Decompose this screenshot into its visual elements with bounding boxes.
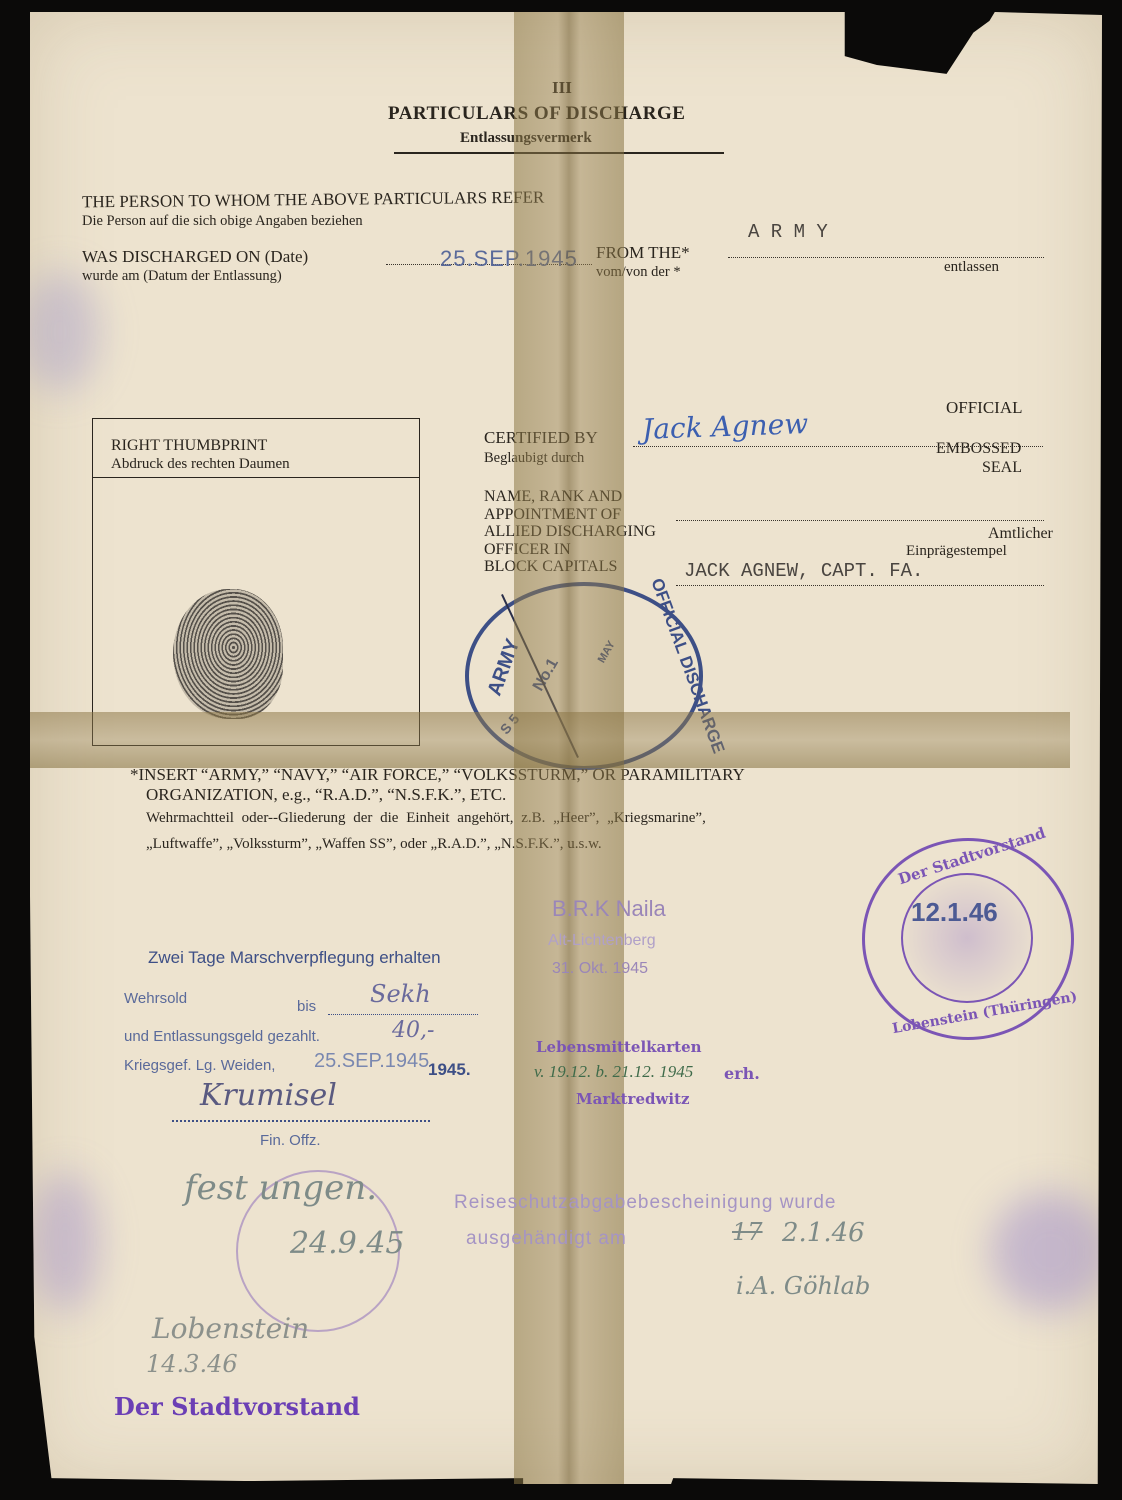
thumbprint-header: RIGHT THUMBPRINT Abdruck des rechten Dau…	[93, 419, 419, 478]
pay-stamp-bis: bis	[297, 998, 316, 1015]
bottom-stamp-stadtvorstand: Der Stadtvorstand	[114, 1392, 360, 1421]
seal-label-seal: SEAL	[982, 459, 1022, 477]
handwritten-place-date: 14.3.46	[146, 1350, 238, 1378]
seal-label-official: OFFICIAL	[946, 398, 1023, 418]
officer-line-2	[676, 585, 1044, 586]
seal-label-amtlicher: Amtlicher	[988, 525, 1053, 543]
town-seal-stamp: Der Stadtvorstand Lobenstein (Thüringen)…	[862, 838, 1074, 1040]
fin-officer-signature: Krumisel	[200, 1078, 337, 1113]
seal-label-einpraegestempel: Einprägestempel	[906, 543, 1007, 560]
ink-stain	[990, 1192, 1110, 1312]
travel-stamp-date-crossed: 17	[732, 1218, 763, 1246]
handwritten-note-1-date: 24.9.45	[290, 1226, 405, 1261]
travel-stamp-date: 2.1.46	[782, 1218, 865, 1248]
pay-stamp-amount: 40,-	[392, 1018, 434, 1043]
ration-stamp-erh: erh.	[724, 1064, 760, 1083]
seal-label-embossed: EMBOSSED	[936, 440, 1021, 458]
from-value: A R M Y	[748, 221, 828, 243]
travel-stamp-line-2: ausgehändigt am	[466, 1228, 627, 1250]
date-label-en: WAS DISCHARGED ON (Date)	[82, 247, 308, 267]
pay-stamp-wehrsold: Wehrsold	[124, 990, 187, 1007]
footnote-line-1: *INSERT “ARMY,” “NAVY,” “AIR FORCE,” “VO…	[130, 765, 745, 785]
town-seal-date: 12.1.46	[911, 897, 998, 928]
pay-stamp-bis-line	[328, 1014, 478, 1015]
handwritten-note-1: fest ungen.	[184, 1168, 377, 1208]
thumbprint-box: RIGHT THUMBPRINT Abdruck des rechten Dau…	[92, 418, 420, 746]
brk-stamp-line-2: Alt-Lichtenberg	[548, 932, 656, 950]
certified-signature: Jack Agnew	[641, 407, 808, 446]
tape-horizontal	[30, 712, 1070, 768]
pay-stamp-line-4: Kriegsgef. Lg. Weiden,	[124, 1057, 275, 1074]
pay-stamp-bis-value: Sekh	[370, 980, 431, 1008]
thumbprint-label-en: RIGHT THUMBPRINT	[111, 437, 267, 455]
person-label-de: Die Person auf die sich obige Angaben be…	[82, 213, 363, 230]
travel-stamp-line-1: Reiseschutzabgabebescheinigung wurde	[454, 1192, 836, 1214]
fin-officer-line	[172, 1120, 430, 1122]
ink-stain	[20, 272, 100, 392]
officer-line-1	[676, 520, 1044, 521]
pay-stamp-line-1: Zwei Tage Marschverpflegung erhalten	[148, 948, 441, 968]
entlassen-label: entlassen	[944, 259, 999, 276]
date-label-de: wurde am (Datum der Entlassung)	[82, 268, 282, 285]
pay-stamp-line-3: und Entlassungsgeld gezahlt.	[124, 1028, 320, 1045]
town-seal-inner	[901, 873, 1033, 1003]
thumbprint-label-de: Abdruck des rechten Daumen	[111, 456, 290, 473]
ration-stamp-line-1: Lebensmittelkarten	[536, 1038, 702, 1056]
fin-officer-label: Fin. Offz.	[260, 1132, 321, 1149]
ration-stamp-place: Marktredwitz	[576, 1090, 690, 1108]
pay-stamp-date: 25.SEP.1945	[314, 1050, 429, 1073]
from-field-line	[728, 257, 1044, 258]
handwritten-place: Lobenstein	[152, 1312, 309, 1345]
travel-stamp-signature: i.A. Göhlab	[736, 1272, 870, 1300]
officer-value: JACK AGNEW, CAPT. FA.	[684, 560, 923, 582]
footnote-line-2: ORGANIZATION, e.g., “R.A.D.”, “N.S.F.K.”…	[146, 785, 506, 805]
pay-stamp-year: 1945.	[428, 1060, 471, 1080]
thumbprint-image	[173, 589, 283, 719]
brk-stamp-line-1: B.R.K Naila	[552, 896, 666, 922]
ink-stain	[30, 1172, 100, 1312]
brk-stamp-line-3: 31. Okt. 1945	[552, 960, 648, 978]
ration-stamp-dates: v. 19.12. b. 21.12. 1945	[534, 1062, 693, 1082]
